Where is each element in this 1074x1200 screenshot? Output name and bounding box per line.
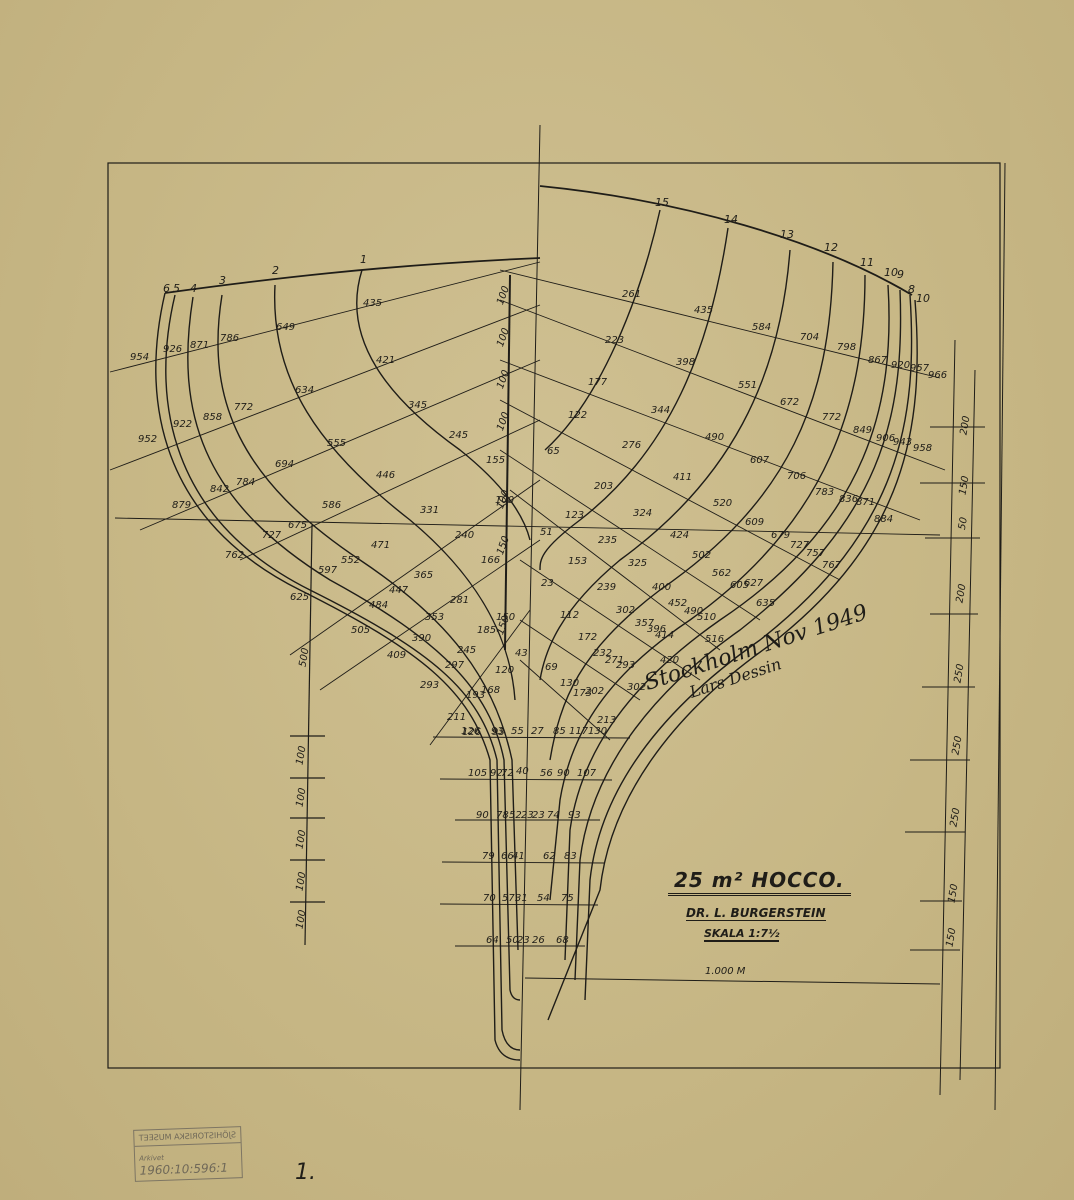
station-10: 10 [884, 266, 898, 279]
offset: 345 [408, 400, 427, 411]
offset: 261 [622, 289, 641, 300]
offset: 211 [447, 712, 466, 723]
offset: 390 [412, 633, 431, 644]
offset: 130 [588, 726, 607, 737]
offset: 414 [655, 630, 674, 641]
offset: 627 [744, 578, 763, 589]
offset: 786 [220, 333, 239, 344]
offset: 757 [806, 548, 825, 559]
offset: 93 [568, 810, 581, 821]
offset: 871 [190, 340, 209, 351]
offset: 64 [486, 935, 499, 946]
station-2: 2 [272, 264, 279, 277]
stamp-archive-number: 1960:10:596:1 [139, 1161, 228, 1178]
offset: 762 [225, 550, 244, 561]
station-4: 4 [190, 282, 197, 295]
baseline-dimension: 1.000 M [705, 966, 745, 977]
offset: 107 [577, 768, 596, 779]
station-3: 3 [219, 274, 226, 287]
offset: 23 [532, 810, 545, 821]
offset: 424 [670, 530, 689, 541]
offset: 325 [628, 558, 647, 569]
station-1: 1 [360, 253, 367, 266]
offset: 484 [369, 600, 388, 611]
offset: 122 [568, 410, 587, 421]
offset: 706 [787, 471, 806, 482]
offset: 27 [531, 726, 544, 737]
offset: 727 [262, 530, 281, 541]
offset: 90 [476, 810, 489, 821]
offset: 694 [275, 459, 294, 470]
offset: 966 [928, 370, 947, 381]
offset: 202 [585, 686, 604, 697]
offset: 344 [651, 405, 670, 416]
offset: 353 [425, 612, 444, 623]
offset: 120 [495, 665, 514, 676]
station-14: 14 [724, 213, 738, 226]
offset: 772 [234, 402, 253, 413]
offset: 75 [561, 893, 574, 904]
offset: 502 [692, 550, 711, 561]
offset: 634 [295, 385, 314, 396]
offset: 957 [910, 363, 929, 374]
offset: 679 [771, 530, 790, 541]
drawing-title: 25 m² HOCCO. [668, 868, 851, 896]
offset: 78 [496, 810, 509, 821]
offset: 490 [705, 432, 724, 443]
offset: 586 [322, 500, 341, 511]
stamp-archive-label: Arkivet [139, 1154, 164, 1163]
body-plan-drawing [0, 0, 1074, 1200]
title-block: 25 m² HOCCO. DR. L. BURGERSTEIN SKALA 1:… [668, 868, 868, 942]
offset: 239 [597, 582, 616, 593]
station-10b: 10 [916, 292, 930, 305]
offset: 609 [745, 517, 764, 528]
offset: 471 [371, 540, 390, 551]
museum-stamp: SJÖHISTORISKA MUSEET Arkivet 1960:10:596… [133, 1126, 243, 1182]
offset: 365 [414, 570, 433, 581]
offset: 516 [705, 634, 724, 645]
offset: 245 [449, 430, 468, 441]
offset: 562 [712, 568, 731, 579]
offset: 54 [537, 893, 550, 904]
station-12: 12 [824, 241, 838, 254]
offset: 293 [420, 680, 439, 691]
offset: 41 [512, 851, 525, 862]
offset: 302 [627, 682, 646, 693]
right-scale-50: 50 [957, 516, 970, 530]
offset: 625 [290, 592, 309, 603]
offset: 153 [568, 556, 587, 567]
offset: 649 [276, 322, 295, 333]
offset: 871 [856, 497, 875, 508]
offset: 421 [376, 355, 395, 366]
offset: 784 [236, 477, 255, 488]
offset: 954 [130, 352, 149, 363]
offset: 520 [713, 498, 732, 509]
offset: 213 [597, 715, 616, 726]
offset: 555 [327, 438, 346, 449]
offset: 510 [697, 612, 716, 623]
station-5: 5 [173, 282, 180, 295]
offset: 52 [509, 810, 522, 821]
offset: 607 [750, 455, 769, 466]
station-9: 9 [897, 268, 904, 281]
offset: 943 [893, 437, 912, 448]
offset: 447 [389, 585, 408, 596]
offset: 23 [517, 935, 530, 946]
offset: 302 [616, 605, 635, 616]
offset: 398 [676, 357, 695, 368]
offset: 281 [450, 595, 469, 606]
offset: 65 [547, 446, 560, 457]
offset: 858 [203, 412, 222, 423]
offset: 435 [694, 305, 713, 316]
diagonals [110, 262, 945, 946]
offset: 235 [598, 535, 617, 546]
offset: 584 [752, 322, 771, 333]
offset: 126 [461, 726, 480, 737]
drawing-scale: SKALA 1:7½ [704, 927, 779, 942]
offset: 40 [516, 766, 529, 777]
offset: 245 [457, 645, 476, 656]
page-mark: 1. [295, 1160, 316, 1185]
offset: 55 [511, 726, 524, 737]
offset: 51 [540, 527, 553, 538]
centerline [520, 125, 540, 1110]
offset: 83 [564, 851, 577, 862]
offset: 675 [288, 520, 307, 531]
offset: 879 [172, 500, 191, 511]
offset: 435 [363, 298, 382, 309]
offset: 79 [482, 851, 495, 862]
station-11: 11 [860, 256, 874, 269]
offset: 767 [822, 560, 841, 571]
offset: 552 [341, 555, 360, 566]
offset: 185 [477, 625, 496, 636]
offset: 166 [481, 555, 500, 566]
offset: 324 [633, 508, 652, 519]
offset: 172 [578, 632, 597, 643]
offset: 635 [756, 598, 775, 609]
offset: 926 [163, 344, 182, 355]
offset: 783 [815, 487, 834, 498]
offset: 884 [874, 514, 893, 525]
offset: 155 [486, 455, 505, 466]
offset: 26 [532, 935, 545, 946]
offset: 240 [455, 530, 474, 541]
offset: 23 [541, 578, 554, 589]
offset: 72 [501, 768, 514, 779]
offset: 867 [868, 355, 887, 366]
offset: 798 [837, 342, 856, 353]
station-13: 13 [780, 228, 794, 241]
station-6: 6 [163, 282, 170, 295]
offset: 168 [481, 685, 500, 696]
offset: 90 [557, 768, 570, 779]
offset: 842 [210, 484, 229, 495]
offset: 922 [173, 419, 192, 430]
offset: 704 [800, 332, 819, 343]
offset: 123 [565, 510, 584, 521]
offset: 112 [560, 610, 579, 621]
offset: 297 [445, 660, 464, 671]
offset: 958 [913, 443, 932, 454]
offset: 505 [351, 625, 370, 636]
offset: 74 [547, 810, 560, 821]
offset: 409 [387, 650, 406, 661]
offset: 411 [673, 472, 692, 483]
offset: 772 [822, 412, 841, 423]
offset: 203 [594, 481, 613, 492]
offset: 93 [491, 726, 504, 737]
offset: 117 [569, 726, 588, 737]
offset: 551 [738, 380, 757, 391]
offset: 43 [515, 648, 528, 659]
offset: 400 [652, 582, 671, 593]
offset: 68 [556, 935, 569, 946]
offset: 177 [588, 377, 607, 388]
offset: 57 [502, 893, 515, 904]
offset: 223 [605, 335, 624, 346]
offset: 31 [515, 893, 528, 904]
offset: 331 [420, 505, 439, 516]
offset: 446 [376, 470, 395, 481]
offset: 85 [553, 726, 566, 737]
offset: 105 [468, 768, 487, 779]
offset: 276 [622, 440, 641, 451]
offset: 849 [853, 425, 872, 436]
offset: 62 [543, 851, 556, 862]
station-15: 15 [655, 196, 669, 209]
station-8: 8 [908, 283, 915, 296]
offset: 56 [540, 768, 553, 779]
offset: 952 [138, 434, 157, 445]
offset: 70 [483, 893, 496, 904]
offset: 672 [780, 397, 799, 408]
drawing-author: DR. L. BURGERSTEIN [686, 906, 826, 921]
offset: 597 [318, 565, 337, 576]
offset: 920 [891, 360, 910, 371]
offset: 69 [545, 662, 558, 673]
offset: 293 [616, 660, 635, 671]
